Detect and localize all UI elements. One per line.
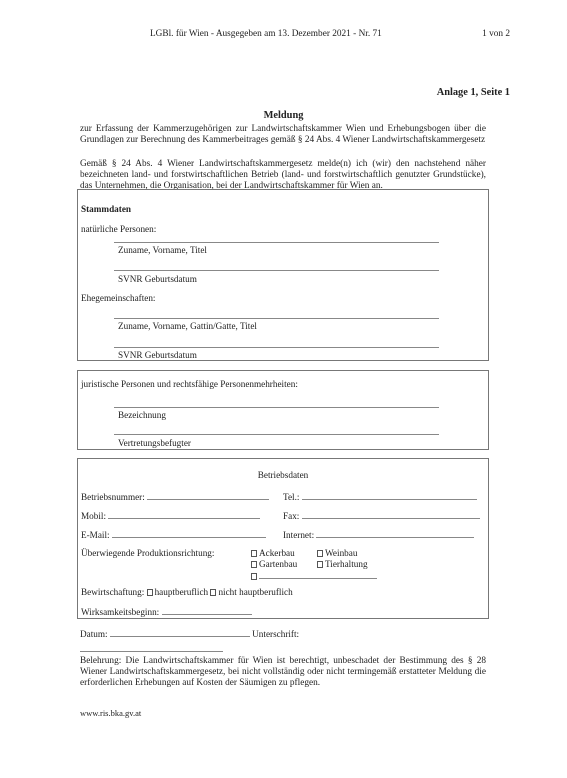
designation-line[interactable] [114,407,439,408]
notice-paragraph: Belehrung: Die Landwirtschaftskammer für… [80,656,486,689]
tel-label: Tel.: [283,492,299,502]
intro-paragraph-2: Gemäß § 24 Abs. 4 Wiener Landwirtschafts… [80,159,486,192]
option-other[interactable] [251,570,377,582]
gazette-line: LGBl. für Wien - Ausgegeben am 13. Dezem… [150,29,382,40]
page-number: 1 von 2 [482,29,510,40]
representative-caption: Vertretungsbefugter [118,438,191,449]
email-field[interactable]: E-Mail: [81,529,266,541]
option-label: Gartenbau [259,559,297,569]
option-weinbau[interactable]: Weinbau [317,548,357,559]
management-row: Bewirtschaftung: hauptberuflich nicht ha… [81,587,293,598]
intro-paragraph-1: zur Erfassung der Kammerzugehörigen zur … [80,124,486,146]
option-gartenbau[interactable]: Gartenbau [251,559,297,570]
checkbox-icon [317,550,323,557]
date-label: Datum: [80,629,108,639]
m-svnr-caption: SVNR Geburtsdatum [118,350,197,361]
tel-field[interactable]: Tel.: [283,491,477,503]
designation-caption: Bezeichnung [118,410,166,421]
effective-date-field[interactable]: Wirksamkeitsbeginn: [81,606,252,618]
option-tierhaltung[interactable]: Tierhaltung [317,559,368,570]
np-name-line[interactable] [114,242,439,243]
signature-line[interactable] [80,651,223,652]
option-label: Ackerbau [259,548,295,558]
option-label: nicht hauptberuflich [218,587,292,597]
np-svnr-caption: SVNR Geburtsdatum [118,274,197,285]
legal-entities-section: juristische Personen und rechtsfähige Pe… [77,370,489,450]
m-name-line[interactable] [114,318,439,319]
fax-label: Fax: [283,511,299,521]
legal-heading: juristische Personen und rechtsfähige Pe… [81,379,298,390]
m-svnr-line[interactable] [114,347,439,348]
form-title: Meldung [0,110,567,122]
option-label: Tierhaltung [325,559,368,569]
email-label: E-Mail: [81,530,110,540]
np-svnr-line[interactable] [114,270,439,271]
np-name-caption: Zuname, Vorname, Titel [118,245,207,256]
management-label: Bewirtschaftung: [81,587,144,597]
checkbox-icon [317,561,323,568]
option-nicht-hauptberuflich[interactable]: nicht hauptberuflich [210,587,292,597]
internet-field[interactable]: Internet: [283,529,474,541]
annex-label: Anlage 1, Seite 1 [437,87,510,99]
option-hauptberuflich[interactable]: hauptberuflich [147,587,209,597]
option-label: Weinbau [325,548,357,558]
checkbox-icon [251,550,257,557]
option-ackerbau[interactable]: Ackerbau [251,548,295,559]
betriebsnummer-field[interactable]: Betriebsnummer: [81,491,269,503]
mobile-field[interactable]: Mobil: [81,510,260,522]
natural-persons-label: natürliche Personen: [81,224,156,235]
checkbox-icon [251,561,257,568]
stammdaten-section: Stammdaten natürliche Personen: Zuname, … [77,189,489,361]
effective-label: Wirksamkeitsbeginn: [81,607,159,617]
option-label: hauptberuflich [155,587,209,597]
representative-line[interactable] [114,434,439,435]
signature-label: Unterschrift: [252,629,299,639]
betriebsdaten-section: Betriebsdaten Betriebsnummer: Tel.: Mobi… [77,458,489,619]
checkbox-icon [210,589,216,596]
betriebsnummer-label: Betriebsnummer: [81,492,145,502]
fax-field[interactable]: Fax: [283,510,480,522]
m-name-caption: Zuname, Vorname, Gattin/Gatte, Titel [118,321,257,332]
checkbox-icon [147,589,153,596]
production-label: Überwiegende Produktionsrichtung: [81,548,214,559]
mobile-label: Mobil: [81,511,106,521]
internet-label: Internet: [283,530,314,540]
stammdaten-heading: Stammdaten [81,204,131,215]
footer-url[interactable]: www.ris.bka.gv.at [80,709,141,719]
checkbox-icon [251,573,257,580]
date-field[interactable]: Datum: Unterschrift: [80,628,299,640]
betrieb-heading: Betriebsdaten [78,470,488,481]
marriages-label: Ehegemeinschaften: [81,293,156,304]
